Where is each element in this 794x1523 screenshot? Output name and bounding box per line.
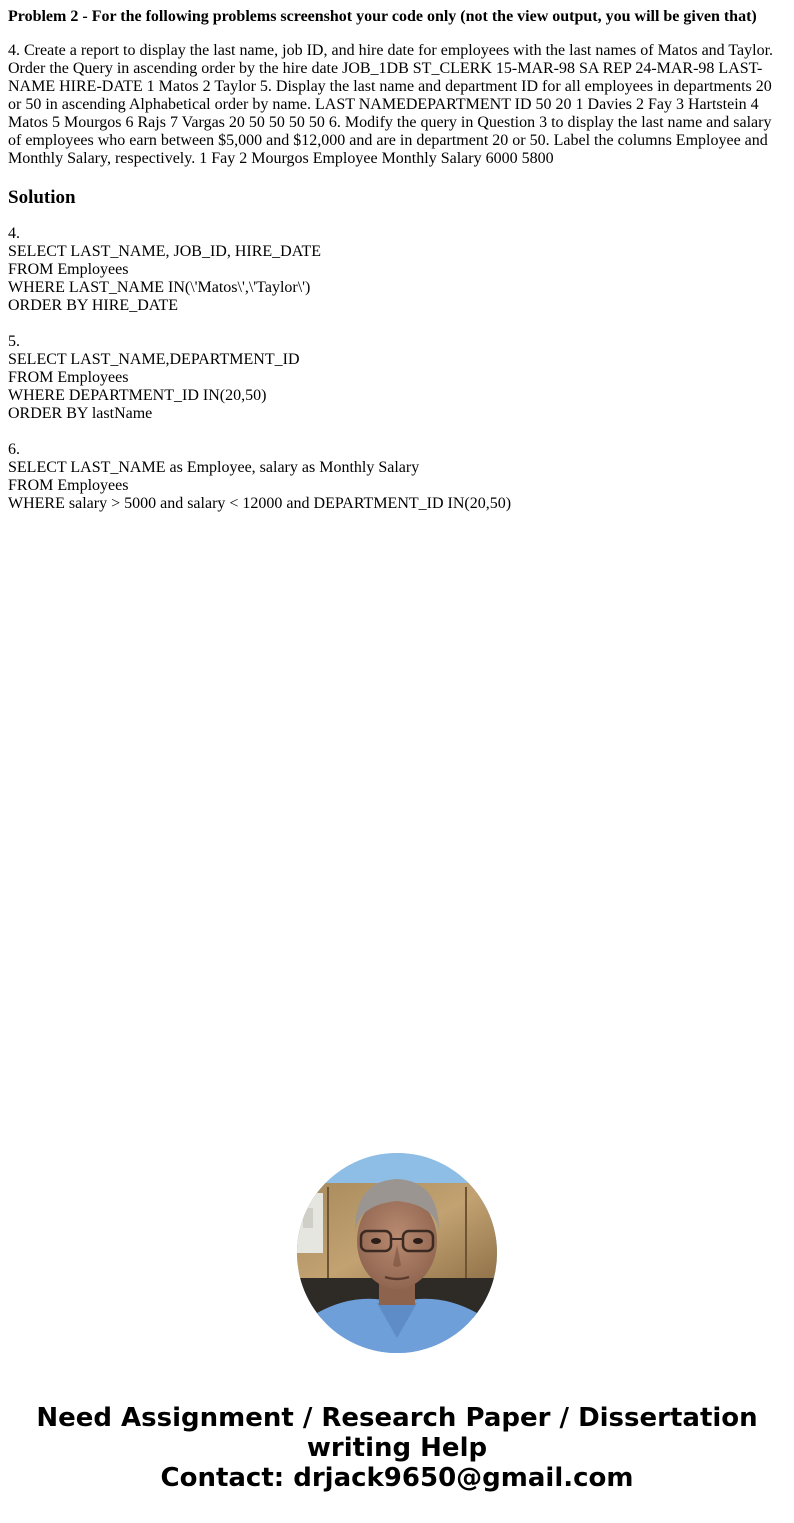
person-photo-icon <box>297 1153 497 1353</box>
code-line: SELECT LAST_NAME, JOB_ID, HIRE_DATE <box>8 243 786 261</box>
avatar <box>297 1153 497 1353</box>
answer-4: 4. SELECT LAST_NAME, JOB_ID, HIRE_DATE F… <box>8 225 786 315</box>
answer-number: 5. <box>8 333 786 351</box>
code-line: FROM Employees <box>8 477 786 495</box>
code-line: WHERE LAST_NAME IN(\'Matos\',\'Taylor\') <box>8 279 786 297</box>
code-line: WHERE DEPARTMENT_ID IN(20,50) <box>8 387 786 405</box>
solution-answers: 4. SELECT LAST_NAME, JOB_ID, HIRE_DATE F… <box>8 225 786 513</box>
problem-title: Problem 2 - For the following problems s… <box>8 8 786 26</box>
answer-number: 6. <box>8 441 786 459</box>
code-line: WHERE salary > 5000 and salary < 12000 a… <box>8 495 786 513</box>
promo-contact: Contact: drjack9650@gmail.com <box>0 1463 794 1493</box>
answer-6: 6. SELECT LAST_NAME as Employee, salary … <box>8 441 786 513</box>
answer-5: 5. SELECT LAST_NAME,DEPARTMENT_ID FROM E… <box>8 333 786 423</box>
code-line: FROM Employees <box>8 261 786 279</box>
answer-number: 4. <box>8 225 786 243</box>
promo-line-1: Need Assignment / Research Paper / Disse… <box>0 1403 794 1433</box>
solution-heading: Solution <box>8 187 786 209</box>
code-line: SELECT LAST_NAME as Employee, salary as … <box>8 459 786 477</box>
promo-banner: Need Assignment / Research Paper / Disse… <box>0 1403 794 1493</box>
code-line: ORDER BY lastName <box>8 405 786 423</box>
code-line: SELECT LAST_NAME,DEPARTMENT_ID <box>8 351 786 369</box>
code-line: FROM Employees <box>8 369 786 387</box>
promo-line-2: writing Help <box>0 1433 794 1463</box>
document-body: Problem 2 - For the following problems s… <box>8 0 786 531</box>
code-line: ORDER BY HIRE_DATE <box>8 297 786 315</box>
problem-description: 4. Create a report to display the last n… <box>8 42 786 168</box>
